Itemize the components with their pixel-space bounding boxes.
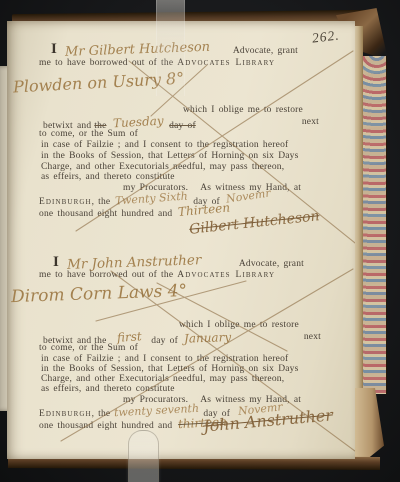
failzie-text: Charge, and other Executorials needful, … bbox=[41, 374, 284, 384]
sum-line: to come, or the Sum of bbox=[39, 129, 138, 139]
book-photo: 262. I Mr Gilbert Hutcheson Advocate, gr… bbox=[0, 0, 400, 482]
library-name: Advocates Library bbox=[173, 58, 275, 68]
failzie-line: in the Books of Session, that Letters of… bbox=[41, 364, 299, 374]
failzie-text: in the Books of Session, that Letters of… bbox=[41, 364, 299, 374]
page-number: 262. bbox=[311, 27, 340, 46]
borrowed-prefix: me to have borrowed out of the bbox=[39, 58, 173, 68]
library-name: Advocates Library bbox=[173, 270, 275, 280]
day-of-label: day of bbox=[151, 336, 178, 346]
failzie-line: Charge, and other Executorials needful, … bbox=[41, 374, 284, 384]
failzie-line: as effeirs, and thereto constitute bbox=[41, 384, 175, 394]
advocate-grant-label: Advocate, grant bbox=[233, 46, 298, 56]
retaining-strap-top bbox=[156, 0, 185, 96]
failzie-text: Charge, and other Executorials needful, … bbox=[41, 162, 284, 172]
restore-text: which I oblige me to restore bbox=[179, 320, 299, 330]
failzie-line: in the Books of Session, that Letters of… bbox=[41, 151, 299, 161]
failzie-line: as effeirs, and thereto constitute bbox=[41, 172, 175, 182]
sum-text: to come, or the Sum of bbox=[39, 343, 138, 353]
return-month: January bbox=[178, 330, 232, 346]
retaining-strap-bottom bbox=[128, 430, 159, 482]
year-prefix: one thousand eight hundred and bbox=[39, 209, 172, 219]
restore-clause: which I oblige me to restore bbox=[183, 105, 303, 115]
year-line: one thousand eight hundred and thirteen bbox=[39, 417, 227, 431]
day-of-label: day of bbox=[169, 121, 196, 131]
borrowed-line: me to have borrowed out of the Advocates… bbox=[39, 270, 275, 280]
sum-text: to come, or the Sum of bbox=[39, 129, 138, 139]
failzie-text: in case of Failzie ; and I consent to th… bbox=[41, 140, 288, 150]
next-label: next bbox=[304, 332, 321, 342]
borrower-name: Mr Gilbert Hutcheson bbox=[57, 39, 233, 60]
book-title: Dirom Corn Laws 4° bbox=[11, 281, 188, 307]
next-label: next bbox=[302, 117, 319, 127]
marbled-endpaper bbox=[362, 56, 387, 394]
failzie-line: in case of Failzie ; and I consent to th… bbox=[41, 354, 288, 364]
failzie-text: in the Books of Session, that Letters of… bbox=[41, 151, 299, 161]
year-line: one thousand eight hundred and Thirteen bbox=[39, 205, 230, 219]
advocate-grant-label: Advocate, grant bbox=[239, 259, 304, 269]
restore-text: which I oblige me to restore bbox=[183, 105, 303, 115]
failzie-line: Charge, and other Executorials needful, … bbox=[41, 162, 284, 172]
failzie-text: as effeirs, and thereto constitute bbox=[41, 384, 175, 394]
failzie-text: in case of Failzie ; and I consent to th… bbox=[41, 354, 288, 364]
failzie-line: in case of Failzie ; and I consent to th… bbox=[41, 140, 288, 150]
sum-line: to come, or the Sum of bbox=[39, 343, 138, 353]
grant-line: I Mr John Anstruther Advocate, grant bbox=[53, 254, 304, 271]
year-prefix: one thousand eight hundred and bbox=[39, 421, 172, 431]
restore-clause: which I oblige me to restore bbox=[179, 320, 299, 330]
failzie-text: as effeirs, and thereto constitute bbox=[41, 172, 175, 182]
page-stack-corner bbox=[354, 388, 384, 460]
borrowed-prefix: me to have borrowed out of the bbox=[39, 270, 173, 280]
